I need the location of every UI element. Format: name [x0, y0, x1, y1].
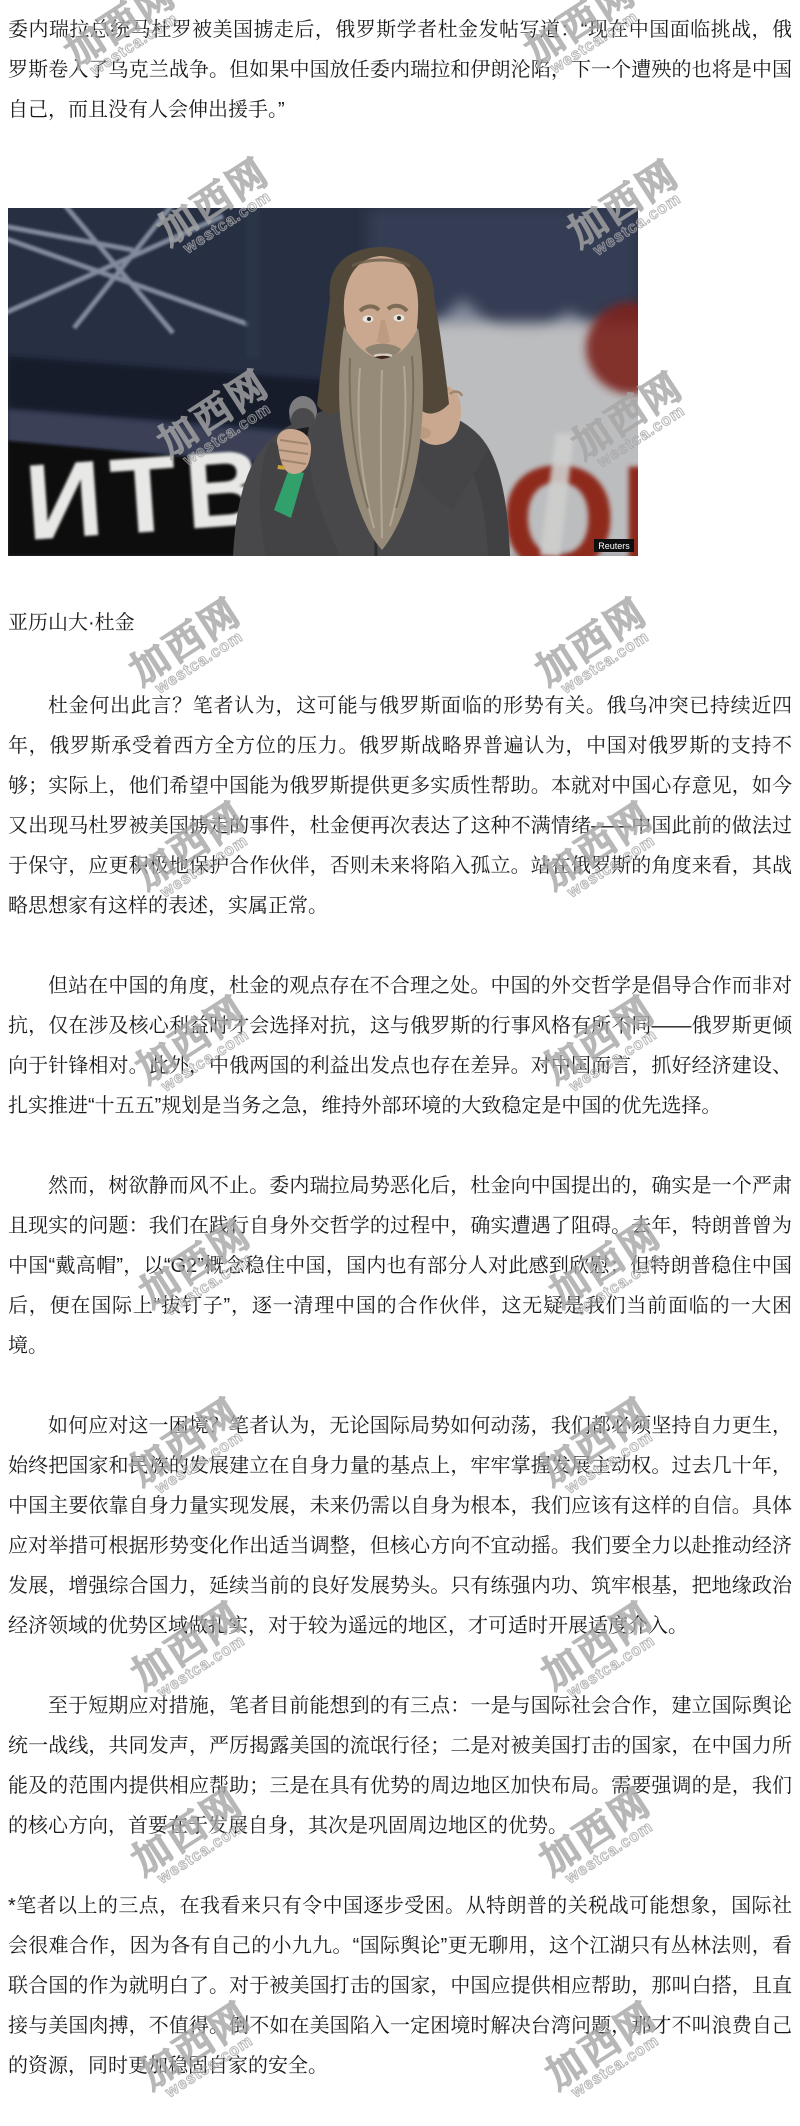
dugin-photo: ИТВ ОН	[8, 208, 638, 556]
photo-pole	[246, 208, 260, 358]
pupil-left	[367, 317, 371, 321]
article-paragraph-2: 杜金何出此言？笔者认为，这可能与俄罗斯面临的形势有关。俄乌冲突已持续近四年，俄罗…	[8, 686, 792, 926]
article-paragraph-footnote: *笔者以上的三点，在我看来只有令中国逐步受困。从特朗普的关税战可能想象，国际社会…	[8, 1886, 792, 2086]
article-container: 委内瑞拉总统马杜罗被美国掳走后，俄罗斯学者杜金发帖写道：“现在中国面临挑战，俄罗…	[0, 0, 800, 2086]
dugin-photo-illustration: ИТВ ОН	[8, 208, 638, 556]
pupil-right	[397, 316, 401, 320]
article-paragraph-4: 然而，树欲静而风不止。委内瑞拉局势恶化后，杜金向中国提出的，确实是一个严肃且现实…	[8, 1166, 792, 1366]
article-paragraph-3: 但站在中国的角度，杜金的观点存在不合理之处。中国的外交哲学是倡导合作而非对抗，仅…	[8, 966, 792, 1126]
article-paragraph-6: 至于短期应对措施，笔者目前能想到的有三点：一是与国际社会合作，建立国际舆论统一战…	[8, 1686, 792, 1846]
article-paragraph-5: 如何应对这一困境？笔者认为，无论国际局势如何动荡，我们都必须坚持自力更生，始终把…	[8, 1406, 792, 1646]
credit-text: Reuters	[598, 541, 630, 551]
article-paragraph-intro: 委内瑞拉总统马杜罗被美国掳走后，俄罗斯学者杜金发帖写道：“现在中国面临挑战，俄罗…	[8, 10, 792, 130]
article-page: { "article": { "paragraphs": [ "委内瑞拉总统马杜…	[0, 0, 800, 2126]
image-caption: 亚历山大·杜金	[8, 603, 792, 643]
